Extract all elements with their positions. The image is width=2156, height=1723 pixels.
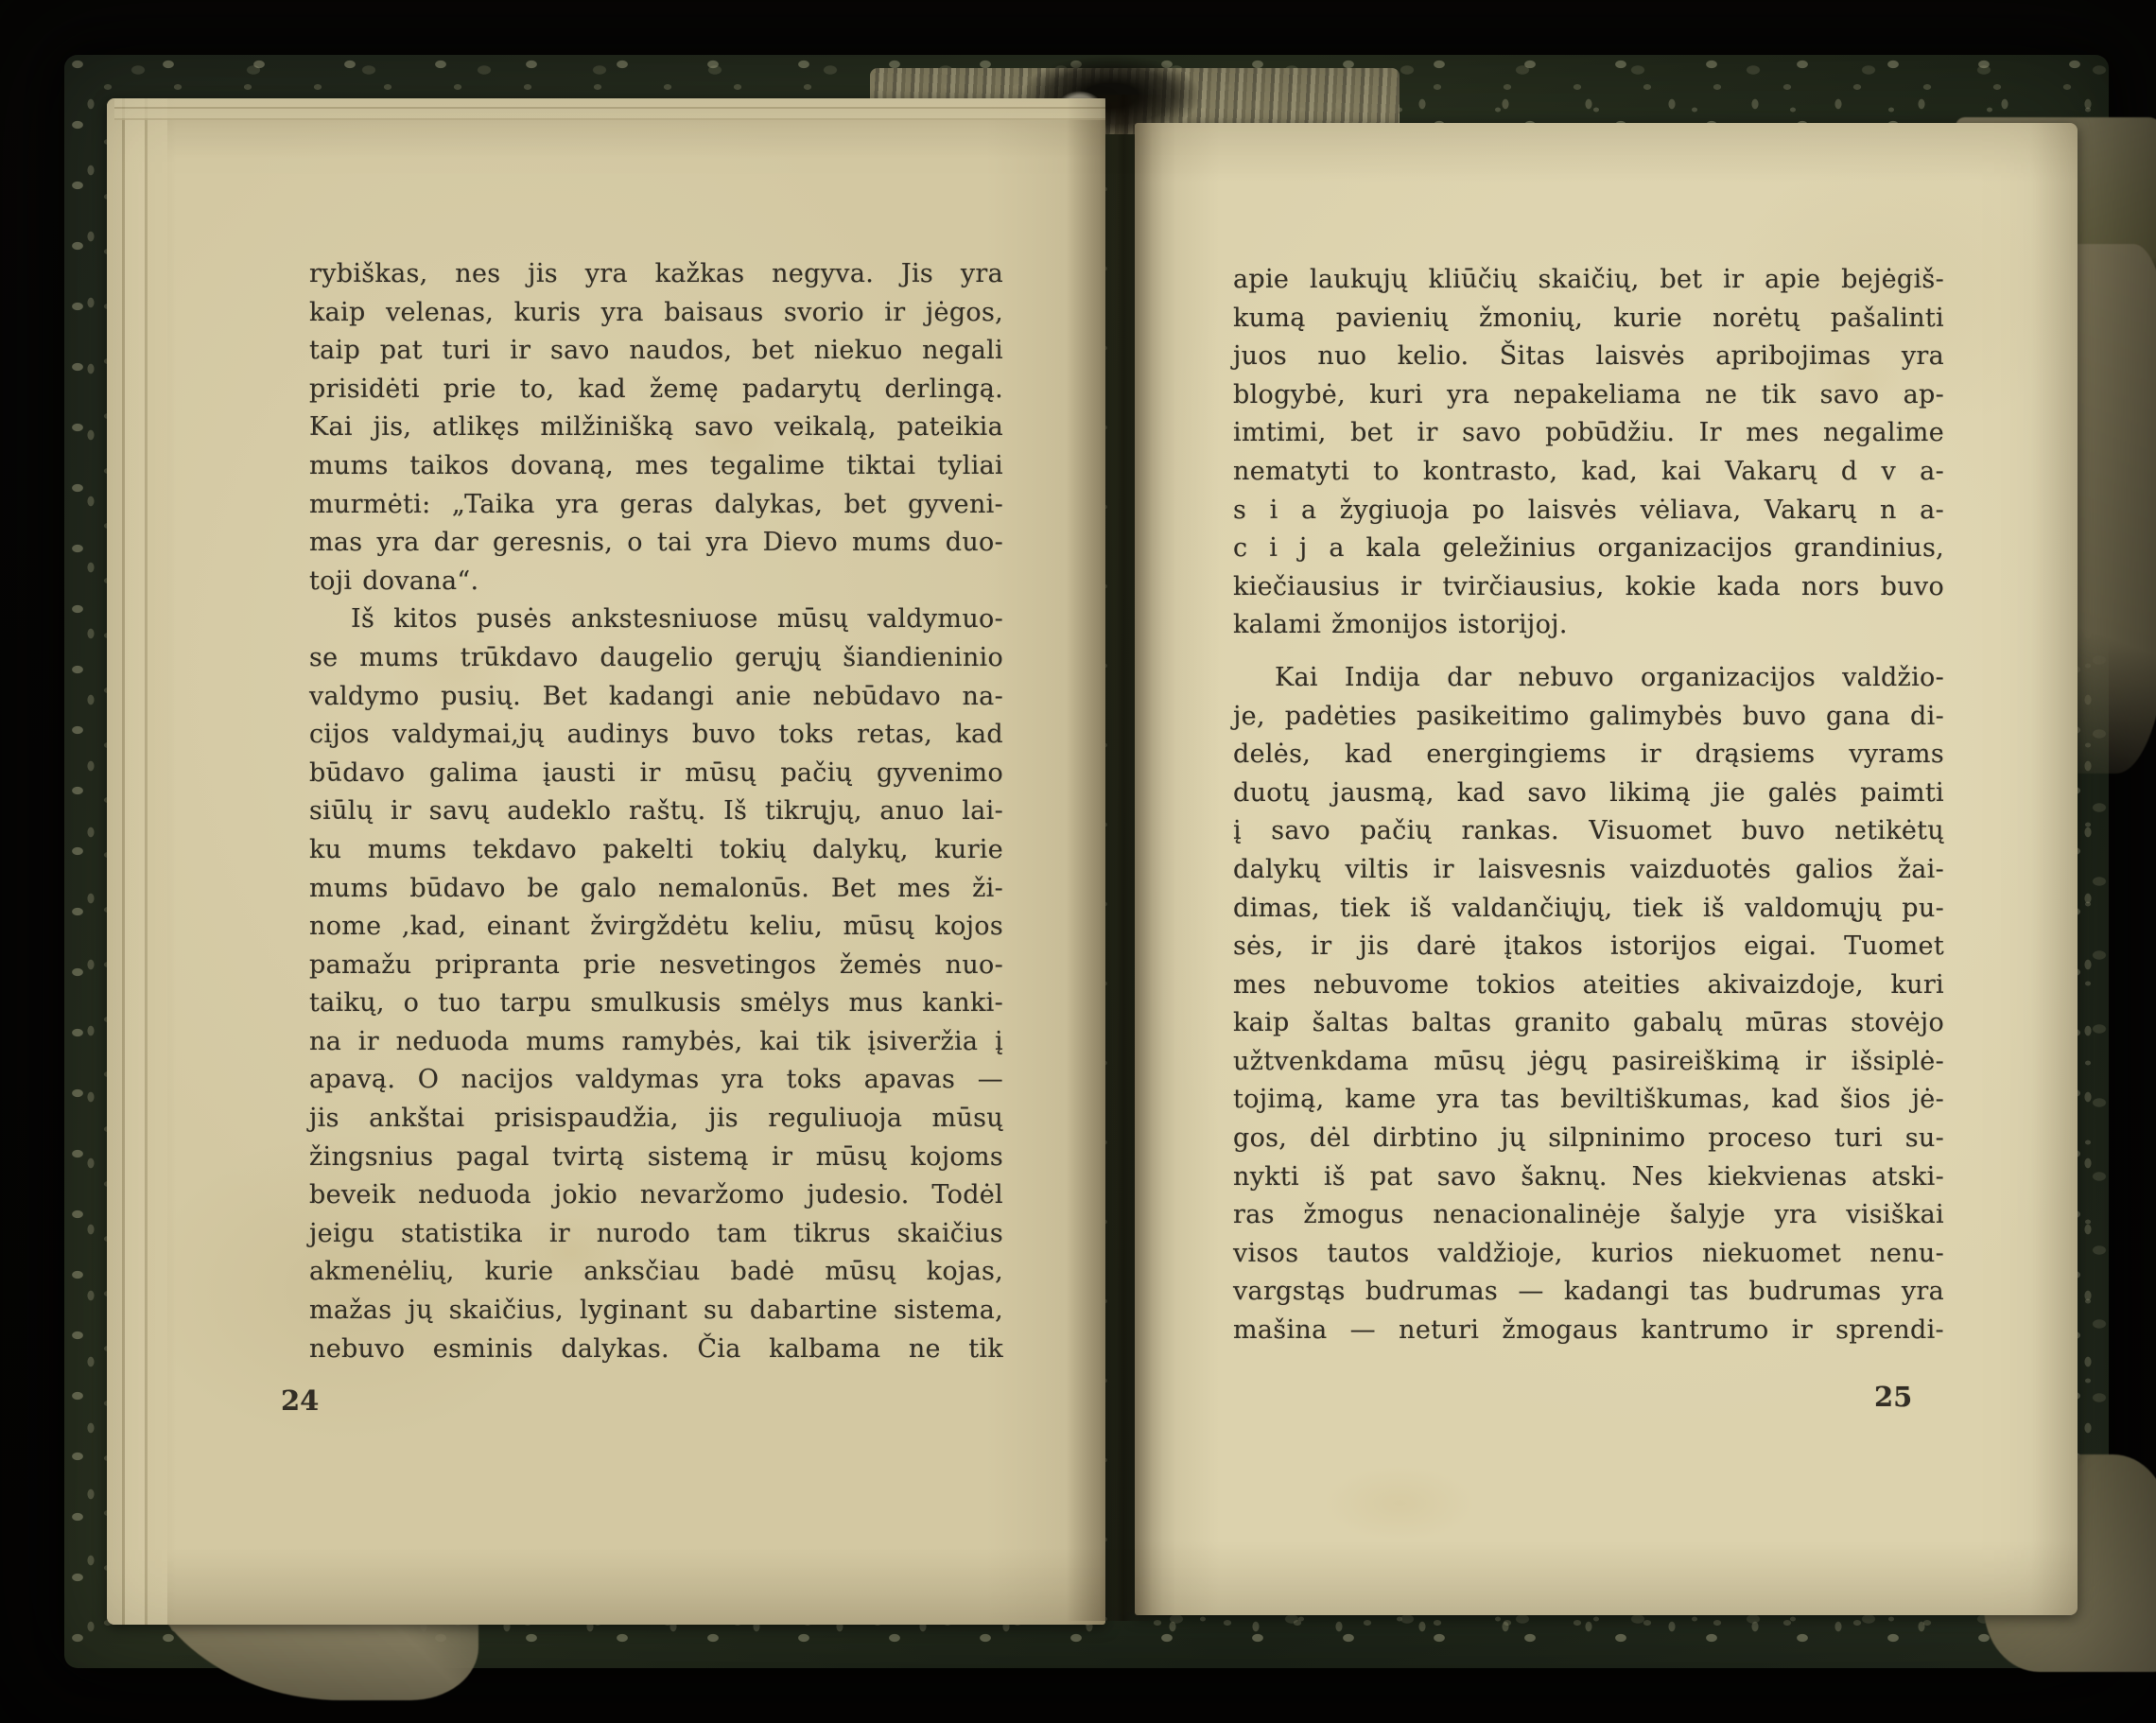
text-line: je, padėties pasikeitimo galimybės buvo … (1233, 698, 1944, 737)
book-photo-scene: rybiškas, nes jis yra kažkas negyva. Jis… (0, 0, 2156, 1723)
text-line: taikų, o tuo tarpu smulkusis smėlys mus … (309, 984, 1003, 1023)
text-line: kiečiausius ir tvirčiausius, kokie kada … (1233, 568, 1944, 607)
text-line: toji dovana“. (309, 563, 1003, 601)
text-line: tojimą, kame yra tas beviltiškumas, kad … (1233, 1081, 1944, 1120)
text-line: murmėti: „Taika yra geras dalykas, bet g… (309, 486, 1003, 525)
text-line: pamažu pripranta prie nesvetingos žemės … (309, 947, 1003, 985)
text-line: delės, kad energingiems ir drąsiems vyra… (1233, 736, 1944, 774)
text-line: beveik neduoda jokio nevaržomo judesio. … (309, 1176, 1003, 1215)
text-line: į savo pačių rankas. Visuomet buvo netik… (1233, 812, 1944, 851)
text-line: jis ankštai prisispaudžia, jis reguliuoj… (309, 1100, 1003, 1139)
page-left: rybiškas, nes jis yra kažkas negyva. Jis… (107, 98, 1105, 1625)
paper-stain (1324, 1466, 1475, 1541)
page-left-text: rybiškas, nes jis yra kažkas negyva. Jis… (309, 255, 1003, 1368)
text-line: nematyti to kontrasto, kad, kai Vakarų d… (1233, 453, 1944, 492)
page-number-left: 24 (281, 1384, 319, 1417)
text-line: se mums trūkdavo daugelio gerųjų šiandie… (309, 639, 1003, 678)
text-line: c i j a kala geležinius organizacijos gr… (1233, 530, 1944, 568)
text-line: rybiškas, nes jis yra kažkas negyva. Jis… (309, 255, 1003, 294)
text-line: mums būdavo be galo nemalonūs. Bet mes ž… (309, 870, 1003, 909)
text-line: mums taikos dovaną, mes tegalime tiktai … (309, 447, 1003, 486)
text-line: kaip velenas, kuris yra baisaus svorio i… (309, 294, 1003, 333)
text-line: Iš kitos pusės ankstesniuose mūsų valdym… (309, 600, 1003, 639)
page-right-text: apie laukųjų kliūčių skaičių, bet ir api… (1233, 261, 1944, 1350)
text-line: mažas jų skaičius, lyginant su dabartine… (309, 1292, 1003, 1331)
text-line: nykti iš pat savo šaknų. Nes kiekvienas … (1233, 1158, 1944, 1197)
text-line: nome ,kad, einant žvirgždėtu keliu, mūsų… (309, 908, 1003, 947)
text-line: valdymo pusių. Bet kadangi anie nebūdavo… (309, 678, 1003, 717)
text-line: mašina — neturi žmogaus kantrumo ir spre… (1233, 1312, 1944, 1350)
text-line: juos nuo kelio. Šitas laisvės apribojima… (1233, 338, 1944, 376)
text-line: visos tautos valdžioje, kurios niekuomet… (1233, 1235, 1944, 1274)
text-line: cijos valdymai,jų audinys buvo toks reta… (309, 716, 1003, 755)
text-line: apie laukųjų kliūčių skaičių, bet ir api… (1233, 261, 1944, 300)
text-line: imtimi, bet ir savo pobūdžiu. Ir mes neg… (1233, 414, 1944, 453)
text-line: vargstąs budrumas — kadangi tas budrumas… (1233, 1273, 1944, 1312)
text-line: apavą. O nacijos valdymas yra toks apava… (309, 1061, 1003, 1100)
text-line: jeigu statistika ir nurodo tam tikrus sk… (309, 1215, 1003, 1254)
text-line: mes nebuvome tokios ateities akivaizdoje… (1233, 966, 1944, 1005)
text-line: kumą pavienių žmonių, kurie norėtų pašal… (1233, 300, 1944, 339)
text-line: na ir neduoda mums ramybės, kai tik įsiv… (309, 1023, 1003, 1062)
text-line: nebuvo esminis dalykas. Čia kalbama ne t… (309, 1331, 1003, 1369)
text-line: mas yra dar geresnis, o tai yra Dievo mu… (309, 524, 1003, 563)
text-line: dimas, tiek iš valdančiųjų, tiek iš vald… (1233, 890, 1944, 929)
page-edge-stack-left (107, 98, 167, 1625)
text-line: prisidėti prie to, kad žemę padarytų der… (309, 371, 1003, 409)
text-line: kalami žmonijos istorijoj. (1233, 606, 1944, 645)
page-edge-stack-top (114, 98, 1105, 127)
text-line: dalykų viltis ir laisvesnis vaizduotės g… (1233, 851, 1944, 890)
text-line: būdavo galima įausti ir mūsų pačių gyven… (309, 755, 1003, 793)
text-line: sės, ir jis darė įtakos istorijos eigai.… (1233, 928, 1944, 966)
text-line: blogybė, kuri yra nepakeliama ne tik sav… (1233, 376, 1944, 415)
text-line: ras žmogus nenacionalinėje šalyje yra vi… (1233, 1196, 1944, 1235)
text-line: ku mums tekdavo pakelti tokių dalykų, ku… (309, 831, 1003, 870)
text-line: s i a žygiuoja po laisvės vėliava, Vakar… (1233, 492, 1944, 531)
page-number-right: 25 (1874, 1381, 1912, 1413)
text-line: Kai jis, atlikęs milžinišką savo veikalą… (309, 409, 1003, 447)
text-line: kaip šaltas baltas granito gabalų mūras … (1233, 1004, 1944, 1043)
text-line: gos, dėl dirbtino jų silpninimo proceso … (1233, 1120, 1944, 1158)
page-right: apie laukųjų kliūčių skaičių, bet ir api… (1135, 123, 2078, 1615)
text-line: taip pat turi ir savo naudos, bet niekuo… (309, 332, 1003, 371)
text-line: užtvenkdama mūsų jėgų pasireiškimą ir iš… (1233, 1043, 1944, 1082)
text-line: siūlų ir savų audeklo raštų. Iš tikrųjų,… (309, 792, 1003, 831)
text-line: akmenėlių, kurie anksčiau badė mūsų koja… (309, 1253, 1003, 1292)
text-line: duotų jausmą, kad savo likimą jie galės … (1233, 774, 1944, 813)
text-line: žingsnius pagal tvirtą sistemą ir mūsų k… (309, 1139, 1003, 1177)
text-line: Kai Indija dar nebuvo organizacijos vald… (1233, 659, 1944, 698)
